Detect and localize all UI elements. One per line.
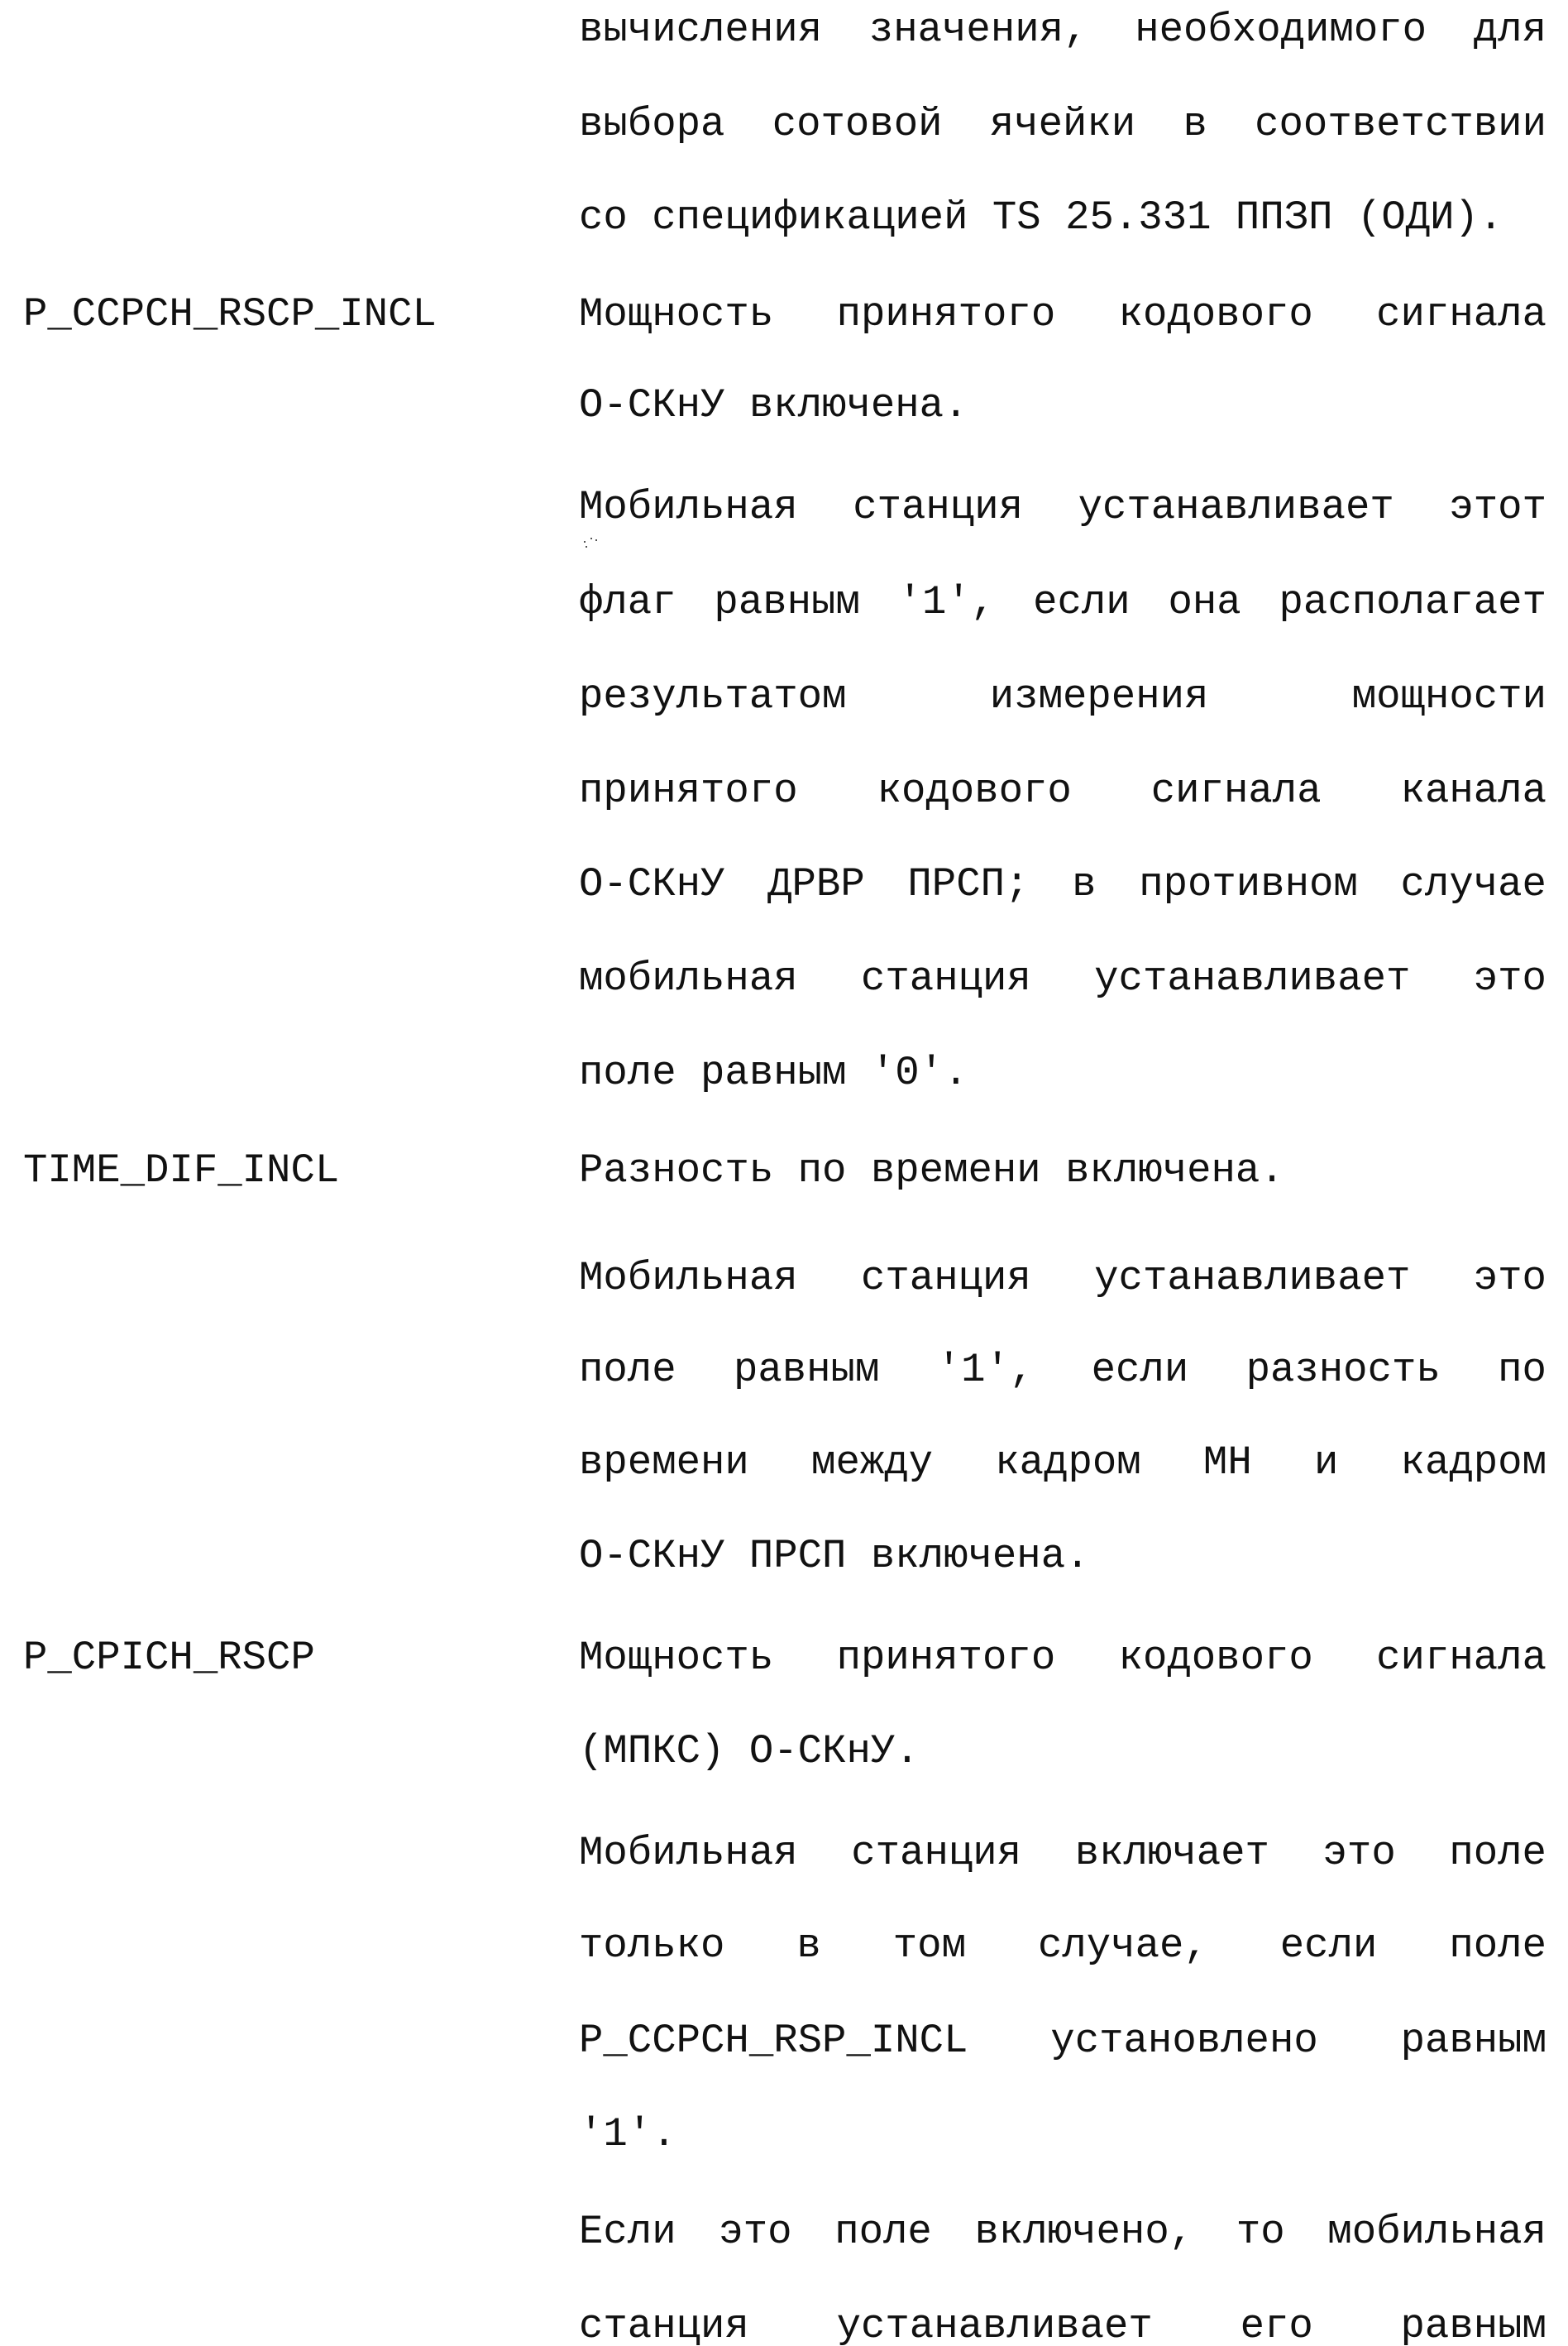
description-line: выборасотовойячейкивсоответствии bbox=[579, 99, 1546, 149]
word: станция bbox=[851, 1828, 1021, 1878]
description-line: Мобильнаястанцияустанавливаетэто bbox=[579, 1253, 1546, 1303]
description-line: О-СКнУДРВРПРСП;впротивномслучае bbox=[579, 859, 1546, 909]
word: P_CCPCH_RSP_INCL bbox=[579, 2016, 968, 2066]
word: результатом bbox=[579, 672, 846, 721]
word: его bbox=[1241, 2301, 1313, 2346]
word: если bbox=[1092, 1345, 1189, 1395]
word: устанавливает bbox=[1094, 954, 1410, 1003]
word: мощности bbox=[1352, 672, 1546, 721]
description-line: со спецификацией TS 25.331 ППЗП (ОДИ). bbox=[579, 193, 1546, 242]
word: устанавливает bbox=[1094, 1253, 1410, 1303]
word: по bbox=[1498, 1345, 1546, 1395]
word: равным bbox=[1401, 2016, 1546, 2066]
word: Мобильная bbox=[579, 482, 798, 532]
word: мобильная bbox=[1327, 2207, 1546, 2257]
word: сотовой bbox=[772, 99, 943, 149]
word: это bbox=[719, 2207, 791, 2257]
description-line: (МПКС) О-СКнУ. bbox=[579, 1726, 1546, 1776]
word: между bbox=[811, 1438, 933, 1487]
description-line: Мощностьпринятогокодовогосигнала bbox=[579, 1633, 1546, 1683]
word: кодового bbox=[1119, 1633, 1313, 1683]
scan-artifact bbox=[584, 538, 602, 548]
word: кадром bbox=[995, 1438, 1140, 1487]
field-name-term: P_CCPCH_RSCP_INCL bbox=[23, 290, 437, 339]
description-line: Мобильнаястанциявключаетэтополе bbox=[579, 1828, 1546, 1878]
word: О-СКнУ bbox=[579, 859, 724, 909]
word: вычисления bbox=[579, 5, 822, 55]
word: принятого bbox=[579, 766, 798, 816]
description-line: тольковтомслучае,еслиполе bbox=[579, 1921, 1546, 1970]
word: кодового bbox=[877, 766, 1072, 816]
word: Мобильная bbox=[579, 1828, 798, 1878]
word: канала bbox=[1401, 766, 1546, 816]
word: времени bbox=[579, 1438, 749, 1487]
word: установлено bbox=[1050, 2016, 1317, 2066]
word: необходимого bbox=[1135, 5, 1427, 55]
word: устанавливает bbox=[837, 2301, 1153, 2346]
field-name-term: P_CPICH_RSCP bbox=[23, 1633, 315, 1683]
word: в bbox=[1183, 99, 1207, 149]
word: если bbox=[1033, 577, 1131, 627]
description-line: вычислениязначения,необходимогодля bbox=[579, 5, 1546, 55]
word: кодового bbox=[1119, 290, 1313, 339]
description-line: P_CCPCH_RSP_INCLустановленоравным bbox=[579, 2016, 1546, 2066]
word: '1', bbox=[937, 1345, 1035, 1395]
word: ДРВР bbox=[767, 859, 865, 909]
word: МН bbox=[1203, 1438, 1252, 1487]
word: равным bbox=[714, 577, 859, 627]
word: включено, bbox=[974, 2207, 1193, 2257]
word: сигнала bbox=[1376, 1633, 1546, 1683]
word: флаг bbox=[579, 577, 676, 627]
description-line: принятогокодовогосигналаканала bbox=[579, 766, 1546, 816]
description-line: '1'. bbox=[579, 2109, 1546, 2159]
word: это bbox=[1474, 954, 1546, 1003]
word: принятого bbox=[837, 1633, 1056, 1683]
description-line: результатомизмерениямощности bbox=[579, 672, 1546, 721]
word: Мощность bbox=[579, 1633, 773, 1683]
word: станция bbox=[861, 954, 1031, 1003]
word: принятого bbox=[837, 290, 1056, 339]
word: включает bbox=[1075, 1828, 1269, 1878]
description-line: флагравным'1',еслионарасполагает bbox=[579, 577, 1546, 627]
description-line: станцияустанавливаетегоравным bbox=[579, 2301, 1546, 2346]
word: Если bbox=[579, 2207, 676, 2257]
word: станция bbox=[861, 1253, 1031, 1303]
description-line: Еслиэтополевключено,томобильная bbox=[579, 2207, 1546, 2257]
word: в bbox=[796, 1921, 820, 1970]
description-line: временимеждукадромМНикадром bbox=[579, 1438, 1546, 1487]
word: поле bbox=[1449, 1921, 1546, 1970]
word: если bbox=[1280, 1921, 1378, 1970]
word: это bbox=[1323, 1828, 1396, 1878]
word: то bbox=[1236, 2207, 1285, 2257]
description-line: О-СКнУ ПРСП включена. bbox=[579, 1531, 1546, 1581]
word: выбора bbox=[579, 99, 724, 149]
description-line: полеравным'1',еслиразностьпо bbox=[579, 1345, 1546, 1395]
word: ячейки bbox=[990, 99, 1135, 149]
word: в bbox=[1072, 859, 1096, 909]
word: поле bbox=[834, 2207, 932, 2257]
word: она bbox=[1169, 577, 1241, 627]
word: поле bbox=[1449, 1828, 1546, 1878]
description-line: Разность по времени включена. bbox=[579, 1146, 1546, 1195]
description-line: Мобильнаястанцияустанавливаетэтот bbox=[579, 482, 1546, 532]
word: Мощность bbox=[579, 290, 773, 339]
description-line: О-СКнУ включена. bbox=[579, 381, 1546, 430]
word: '1', bbox=[898, 577, 996, 627]
word: ПРСП; bbox=[907, 859, 1029, 909]
word: и bbox=[1314, 1438, 1338, 1487]
word: поле bbox=[579, 1345, 676, 1395]
word: кадром bbox=[1401, 1438, 1546, 1487]
word: станция bbox=[579, 2301, 749, 2346]
word: это bbox=[1474, 1253, 1546, 1303]
word: равным bbox=[1401, 2301, 1546, 2346]
word: равным bbox=[734, 1345, 879, 1395]
word: измерения bbox=[990, 672, 1209, 721]
description-line: Мощностьпринятогокодовогосигнала bbox=[579, 290, 1546, 339]
description-line: поле равным '0'. bbox=[579, 1048, 1546, 1098]
word: Мобильная bbox=[579, 1253, 798, 1303]
word: для bbox=[1474, 5, 1546, 55]
word: сигнала bbox=[1376, 290, 1546, 339]
word: случае, bbox=[1038, 1921, 1208, 1970]
description-line: мобильнаястанцияустанавливаетэто bbox=[579, 954, 1546, 1003]
word: разность bbox=[1246, 1345, 1441, 1395]
word: сигнала bbox=[1151, 766, 1322, 816]
word: устанавливает bbox=[1078, 482, 1394, 532]
word: только bbox=[579, 1921, 724, 1970]
word: мобильная bbox=[579, 954, 798, 1003]
word: этот bbox=[1449, 482, 1546, 532]
word: располагает bbox=[1279, 577, 1546, 627]
word: станция bbox=[853, 482, 1023, 532]
word: значения, bbox=[869, 5, 1088, 55]
word: соответствии bbox=[1255, 99, 1546, 149]
field-name-term: TIME_DIF_INCL bbox=[23, 1146, 339, 1195]
word: том bbox=[893, 1921, 966, 1970]
word: противном bbox=[1139, 859, 1358, 909]
word: случае bbox=[1401, 859, 1546, 909]
